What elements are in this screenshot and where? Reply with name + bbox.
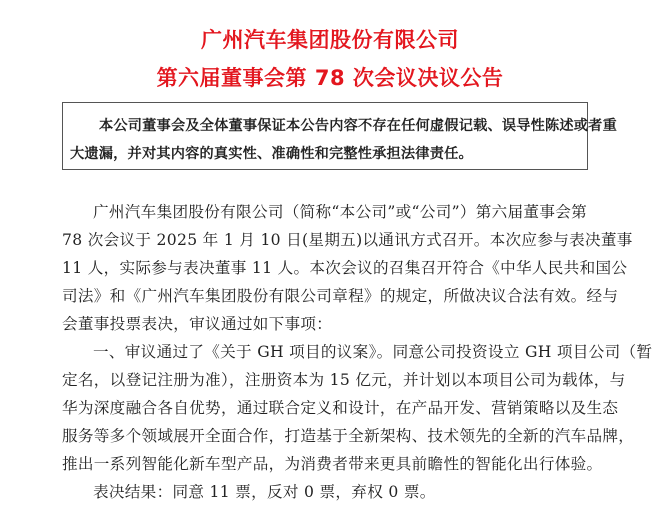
body-paragraph-1-line-4: 司法》和《广州汽车集团股份有限公司章程》的规定，所做决议合法有效。经与	[62, 284, 618, 306]
voting-result: 表决结果：同意 11 票，反对 0 票，弃权 0 票。	[93, 480, 436, 502]
body-paragraph-1-line-2: 78 次会议于 2025 年 1 月 10 日(星期五)以通讯方式召开。本次应参…	[62, 228, 633, 250]
disclaimer-line-2: 大遗漏，并对其内容的真实性、准确性和完整性承担法律责任。	[70, 143, 473, 163]
body-paragraph-1-line-1: 广州汽车集团股份有限公司（简称“本公司”或“公司”）第六届董事会第	[93, 200, 587, 222]
announcement-title: 第六届董事会第 78 次会议决议公告	[0, 62, 660, 92]
resolution-1-line-2: 定名，以登记注册为准），注册资本为 15 亿元，并计划以本项目公司为载体，与	[62, 368, 626, 390]
company-name-title: 广州汽车集团股份有限公司	[0, 24, 660, 54]
resolution-1-line-1: 一、审议通过了《关于 GH 项目的议案》。同意公司投资设立 GH 项目公司（暂	[93, 340, 652, 362]
resolution-1-line-5: 推出一系列智能化新车型产品，为消费者带来更具前瞻性的智能化出行体验。	[62, 452, 602, 474]
disclaimer-notice-box: 本公司董事会及全体董事保证本公告内容不存在任何虚假记载、误导性陈述或者重 大遗漏…	[62, 102, 588, 170]
body-paragraph-1-line-5: 会董事投票表决，审议通过如下事项：	[62, 312, 332, 334]
resolution-1-line-4: 服务等多个领域展开全面合作，打造基于全新架构、技术领先的全新的汽车品牌，	[62, 424, 634, 446]
disclaimer-line-1: 本公司董事会及全体董事保证本公告内容不存在任何虚假记载、误导性陈述或者重	[99, 115, 617, 135]
resolution-1-line-3: 华为深度融合各自优势，通过联合定义和设计，在产品开发、营销策略以及生态	[62, 396, 618, 418]
body-paragraph-1-line-3: 11 人，实际参与表决董事 11 人。本次会议的召集召开符合《中华人民共和国公	[62, 256, 627, 278]
